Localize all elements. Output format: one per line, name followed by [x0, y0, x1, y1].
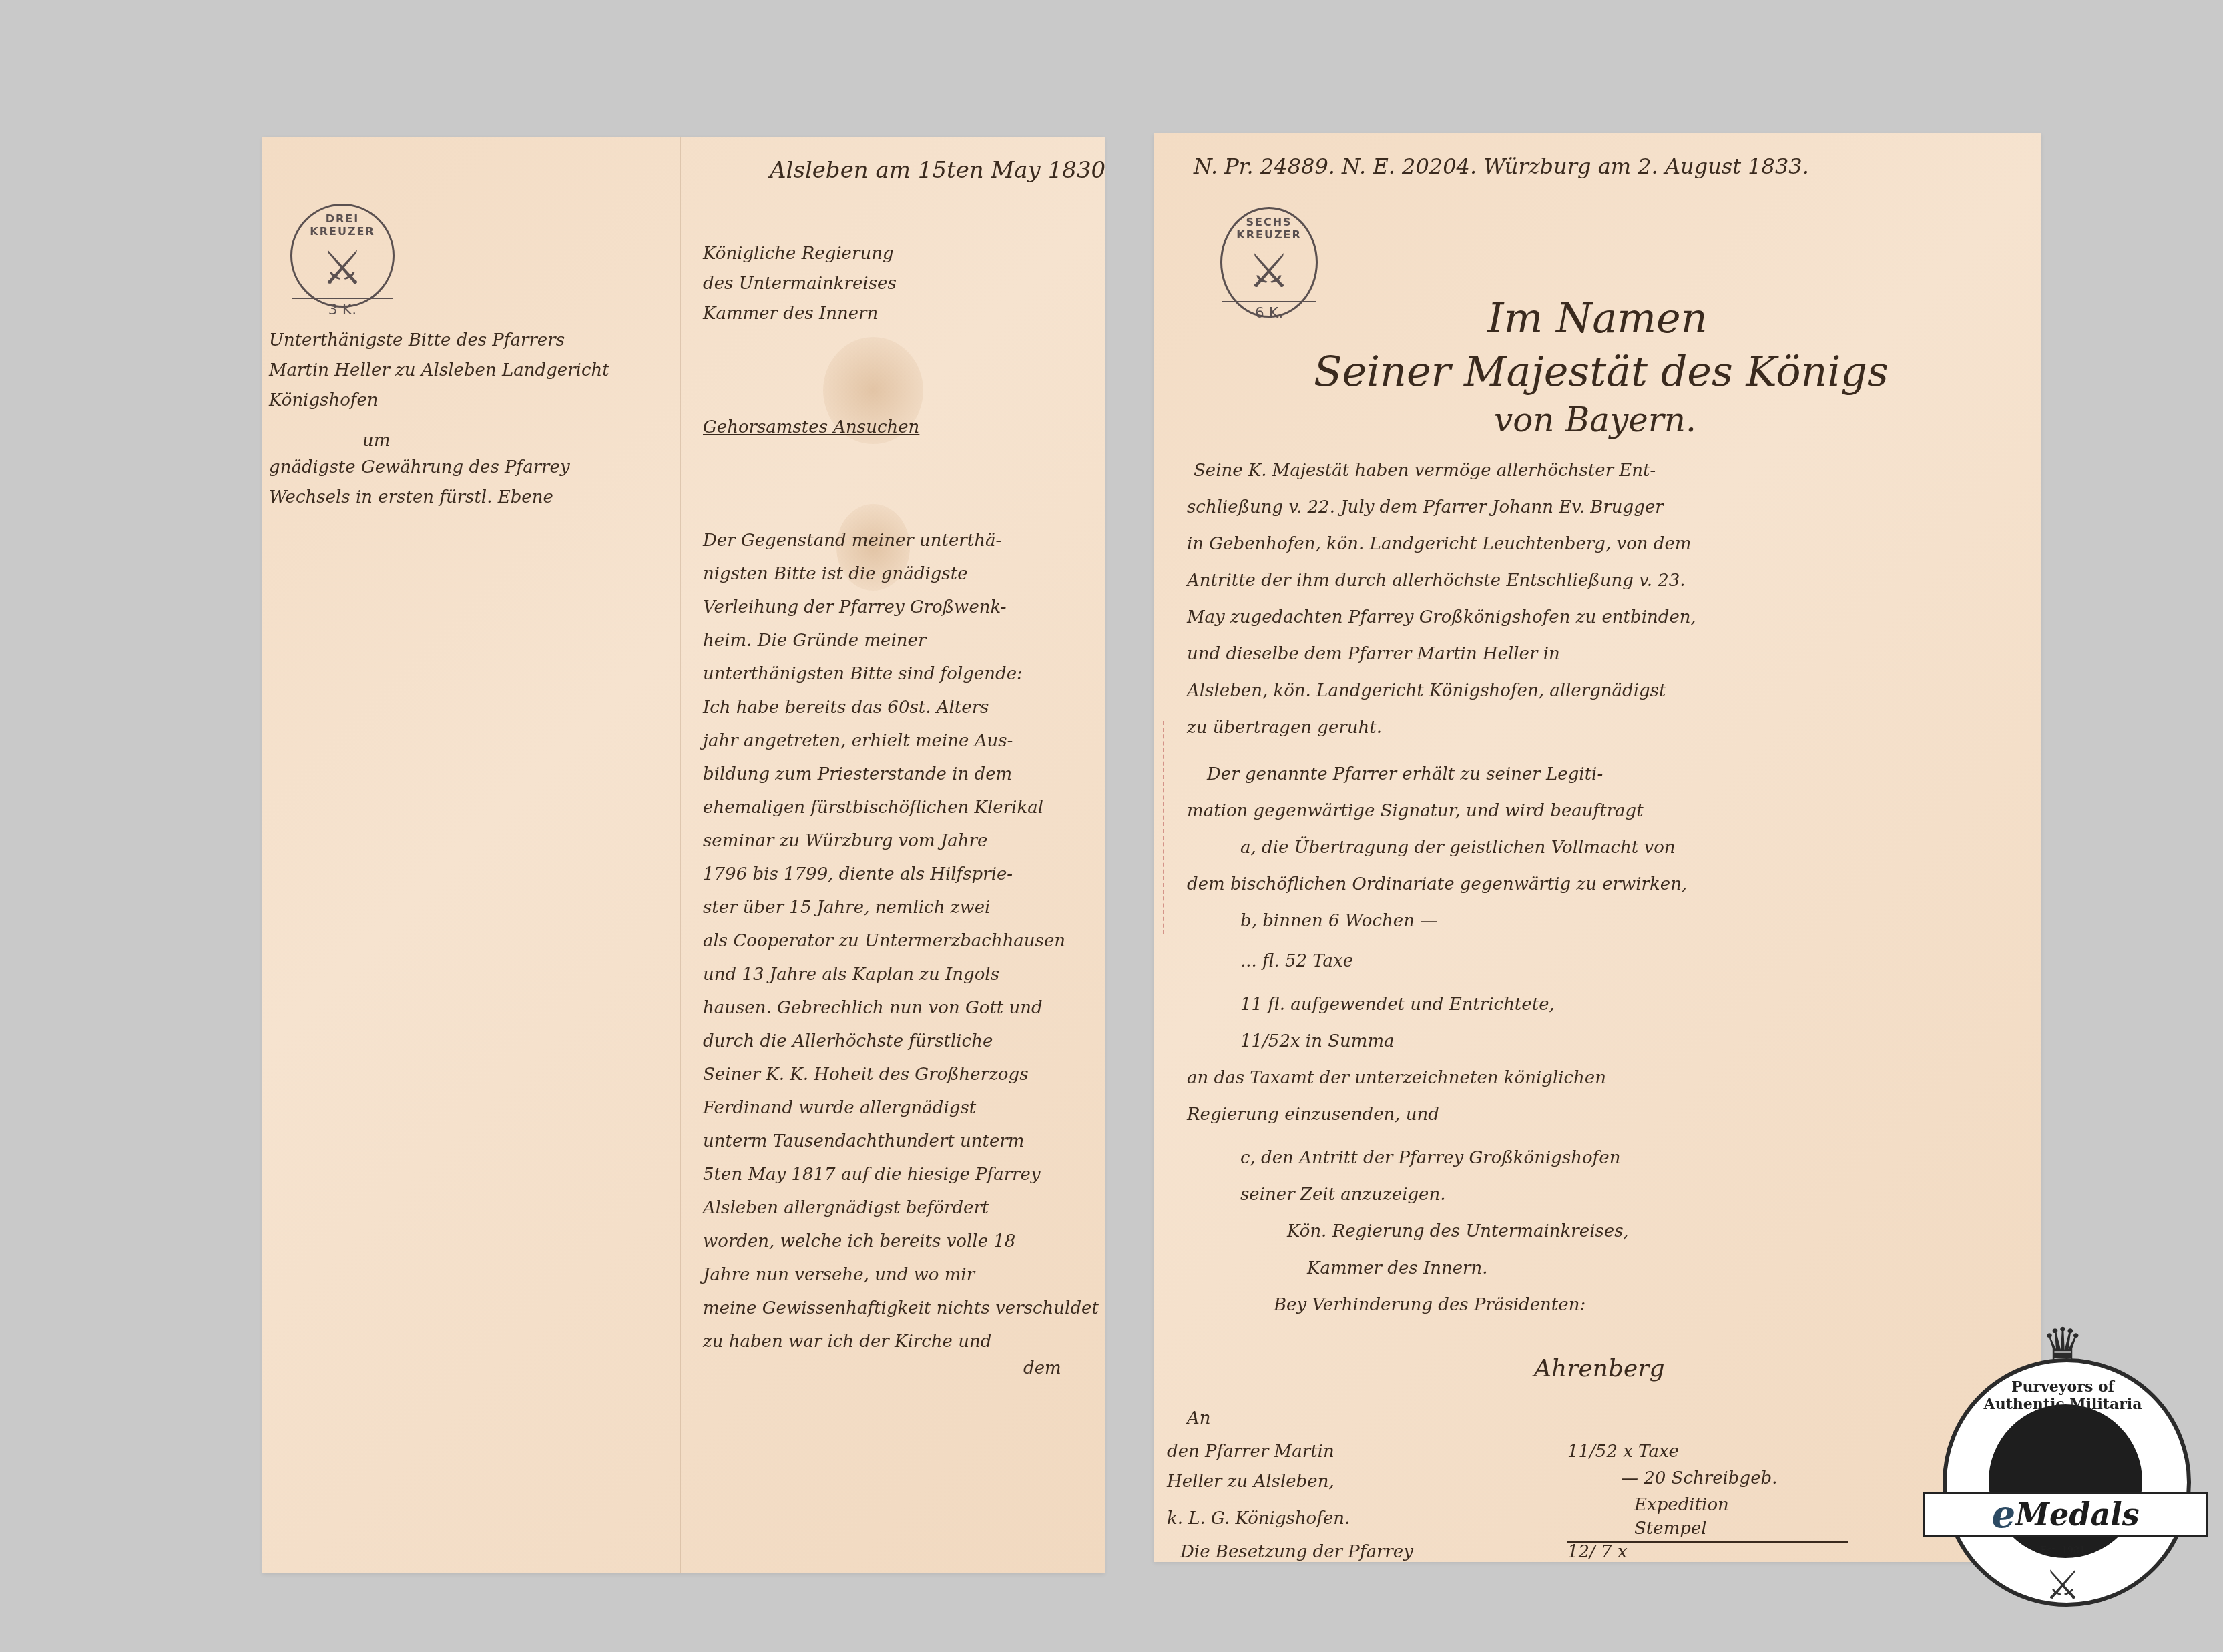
text-line: An — [1187, 1408, 1211, 1428]
text-line: gnädigste Gewährung des Pfarrey — [269, 457, 570, 477]
crossed-swords-icon: ⚔ — [2009, 1559, 2116, 1612]
text-line: Unterthänigste Bitte des Pfarrers — [269, 330, 565, 350]
stamp-value: 6 K. — [1222, 301, 1316, 322]
text-line: Königliche Regierung — [703, 244, 894, 264]
text-line: Kammer des Innern — [703, 304, 878, 324]
text-line: Antritte der ihm durch allerhöchste Ents… — [1187, 571, 1686, 591]
right-document: N. Pr. 24889. N. E. 20204. Würzburg am 2… — [1154, 133, 2041, 1562]
text-line: Wechsels in ersten fürstl. Ebene — [269, 487, 553, 507]
red-seal-trace — [1154, 721, 1164, 934]
heading-line: von Bayern. — [1494, 400, 1696, 439]
crossed-swords-crown-icon: ⚔ — [1222, 241, 1316, 301]
text-line: und dieselbe dem Pfarrer Martin Heller i… — [1187, 644, 1560, 664]
crossed-swords-crown-icon: ⚔ — [292, 238, 393, 298]
text-line: in Gebenhofen, kön. Landgericht Leuchten… — [1187, 534, 1692, 554]
text-line: den Pfarrer Martin — [1167, 1442, 1334, 1462]
text-line: 5ten May 1817 auf die hiesige Pfarrey — [703, 1165, 1041, 1185]
emedals-logo: ♛ Purveyors of Authentic Militaria e Med… — [1923, 1305, 2203, 1619]
text-line: als Cooperator zu Untermerzbachhausen — [703, 931, 1065, 951]
text-line: c, den Antritt der Pfarrey Großkönigshof… — [1240, 1148, 1620, 1168]
text-line: Kön. Regierung des Untermainkreises, — [1287, 1221, 1629, 1242]
text-line: ... fl. 52 Taxe — [1240, 951, 1353, 971]
text-line: 11/52x in Summa — [1240, 1031, 1395, 1051]
reference-line: N. Pr. 24889. N. E. 20204. Würzburg am 2… — [1194, 154, 1809, 179]
text-line: hausen. Gebrechlich nun von Gott und — [703, 998, 1043, 1018]
text-line: an das Taxamt der unterzeichneten königl… — [1187, 1068, 1606, 1088]
text-line: und 13 Jahre als Kaplan zu Ingols — [703, 965, 999, 985]
left-document: DREI KREUZER ⚔ 3 K. Alsleben am 15ten Ma… — [262, 137, 1105, 1573]
text-line: Ich habe bereits das 60st. Alters — [703, 698, 989, 718]
text-line: schließung v. 22. July dem Pfarrer Johan… — [1187, 497, 1664, 517]
text-line: a, die Übertragung der geistlichen Vollm… — [1240, 838, 1676, 858]
text-line: May zugedachten Pfarrey Großkönigshofen … — [1187, 607, 1696, 627]
logo-brand: Medals — [2015, 1496, 2140, 1533]
text-line: Seine K. Majestät haben vermöge allerhöc… — [1194, 461, 1656, 481]
text-line: des Untermainkreises — [703, 274, 897, 294]
crown-icon: ♛ — [2033, 1318, 2093, 1372]
text-line: meine Gewissenhaftigkeit nichts verschul… — [703, 1298, 1099, 1318]
heading-line: Im Namen — [1487, 294, 1708, 342]
text-line: durch die Allerhöchste fürstliche — [703, 1031, 993, 1051]
text-line: Königshofen — [269, 390, 379, 410]
text-line: 11/52 x Taxe — [1567, 1442, 1679, 1462]
text-line: 1796 bis 1799, diente als Hilfsprie- — [703, 864, 1013, 884]
text-line: seminar zu Würzburg vom Jahre — [703, 831, 987, 851]
text-line: dem — [1023, 1358, 1061, 1378]
text-line: Jahre nun versehe, und wo mir — [703, 1265, 975, 1285]
text-line: Verleihung der Pfarrey Großwenk- — [703, 597, 1007, 617]
text-line: Regierung einzusenden, und — [1187, 1105, 1439, 1125]
text-line: jahr angetreten, erhielt meine Aus- — [703, 731, 1013, 751]
signature: Ahrenberg — [1534, 1355, 1665, 1382]
text-line: heim. Die Gründe meiner — [703, 631, 926, 651]
text-line: 12/ 7 x — [1567, 1542, 1628, 1562]
page-fold — [680, 137, 681, 1573]
tax-stamp: DREI KREUZER ⚔ 3 K. — [290, 204, 395, 308]
text-line: Seiner K. K. Hoheit des Großherzogs — [703, 1065, 1029, 1085]
text-line: Martin Heller zu Alsleben Landgericht — [269, 360, 609, 380]
date-line: Alsleben am 15ten May 1830 — [770, 157, 1105, 184]
stamp-value: 3 K. — [292, 298, 393, 318]
text-line: unterm Tausendachthundert unterm — [703, 1131, 1024, 1151]
logo-banner: e Medals — [1923, 1492, 2208, 1537]
tax-stamp: SECHS KREUZER ⚔ 6 K. — [1220, 207, 1318, 318]
text-line: Expedition — [1634, 1495, 1729, 1515]
heading-line: Seiner Majestät des Königs — [1314, 347, 1889, 396]
text-line: Kammer des Innern. — [1307, 1258, 1488, 1278]
text-line: zu haben war ich der Kirche und — [703, 1332, 991, 1352]
text-line: ehemaligen fürstbischöflichen Klerikal — [703, 798, 1043, 818]
text-line: Ferdinand wurde allergnädigst — [703, 1098, 976, 1118]
text-line: Alsleben allergnädigst befördert — [703, 1198, 989, 1218]
text-line: ster über 15 Jahre, nemlich zwei — [703, 898, 990, 918]
text-line: dem bischöflichen Ordinariate gegenwärti… — [1187, 874, 1687, 894]
text-line: b, binnen 6 Wochen — — [1240, 911, 1437, 931]
text-line: Stempel — [1634, 1519, 1707, 1539]
text-line: nigsten Bitte ist die gnädigste — [703, 564, 968, 584]
text-line: Bey Verhinderung des Präsidenten: — [1274, 1295, 1585, 1315]
text-line: worden, welche ich bereits volle 18 — [703, 1231, 1015, 1252]
salutation: Gehorsamstes Ansuchen — [703, 417, 919, 437]
text-line: Heller zu Alsleben, — [1167, 1472, 1334, 1492]
logo-e: e — [1991, 1492, 2015, 1537]
text-line: Die Besetzung der Pfarrey — [1180, 1542, 1413, 1562]
text-line: k. L. G. Königshofen. — [1167, 1508, 1350, 1529]
text-line: mation gegenwärtige Signatur, und wird b… — [1187, 801, 1644, 821]
text-line: — 20 Schreibgeb. — [1621, 1468, 1777, 1488]
text-line: unterthänigsten Bitte sind folgende: — [703, 664, 1023, 684]
text-line: Der genannte Pfarrer erhält zu seiner Le… — [1207, 764, 1603, 784]
stamp-text: DREI KREUZER — [292, 212, 393, 238]
text-line: um — [362, 431, 390, 451]
text-line: 11 fl. aufgewendet und Entrichtete, — [1240, 995, 1555, 1015]
text-line: Alsleben, kön. Landgericht Königshofen, … — [1187, 681, 1666, 701]
text-line: Der Gegenstand meiner unterthä- — [703, 531, 1001, 551]
text-line: bildung zum Priesterstande in dem — [703, 764, 1012, 784]
text-line: seiner Zeit anzuzeigen. — [1240, 1185, 1445, 1205]
text-line: zu übertragen geruht. — [1187, 718, 1382, 738]
logo-tagline: Purveyors of Authentic Militaria — [1969, 1378, 2156, 1413]
logo-established: Est. 1981 — [2036, 1545, 2089, 1556]
stamp-text: SECHS KREUZER — [1222, 216, 1316, 241]
